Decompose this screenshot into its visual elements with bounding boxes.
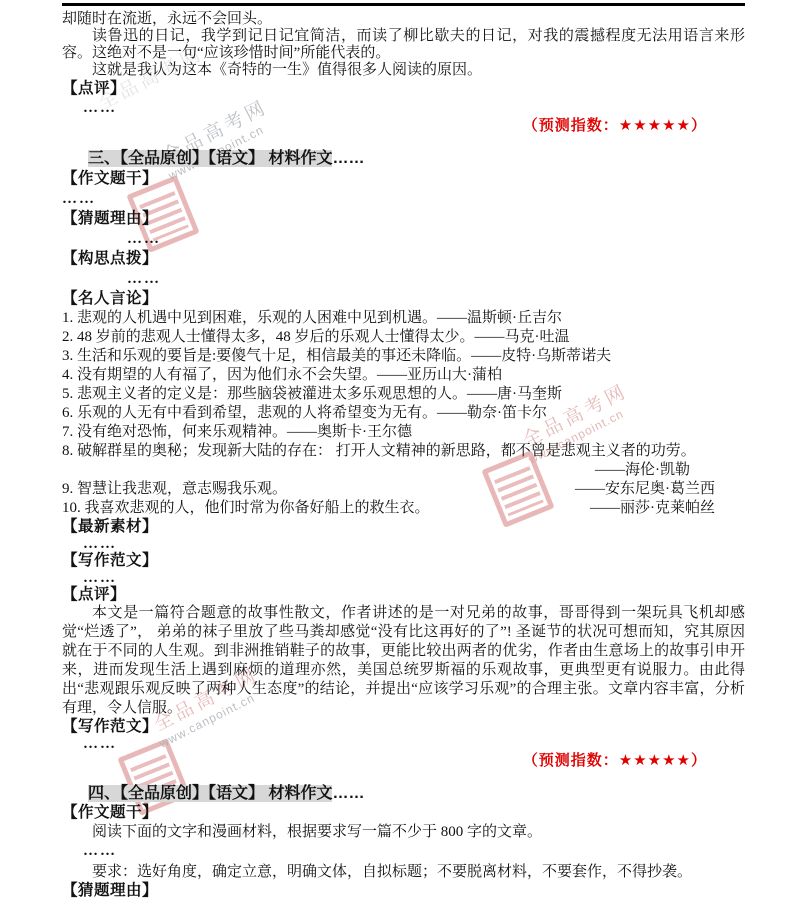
quote-author: ——马克·吐温 [475, 329, 570, 345]
quote-author: ——奥斯卡·王尔德 [287, 424, 412, 440]
quote-text: 9. 智慧让我悲观，意志赐我乐观。 [62, 480, 287, 499]
ellipsis-placeholder: …… [62, 736, 745, 752]
quote-author: ——勒奈·笛卡尔 [437, 405, 547, 421]
ellipsis-placeholder: …… [62, 536, 745, 552]
sample-essay-header: 【写作范文】 [62, 718, 745, 736]
quote-item: 3. 生活和乐观的要旨是:要傻气十足，相信最美的事还未降临。——皮特·乌斯蒂诺夫 [62, 347, 745, 366]
comment-header: 【点评】 [62, 586, 745, 604]
spacer [62, 135, 745, 149]
prompt-paragraph: 阅读下面的文字和漫画材料，根据要求写一篇不少于 800 字的文章。 [62, 822, 745, 842]
essay-prompt-header: 【作文题干】 [62, 169, 745, 189]
quote-text: 8. 破解群星的奥秘；发现新大陆的存在： 打开人文精神的新思路，都不曾是悲观主义… [62, 443, 696, 459]
section-title-4: 四、【全品原创】【语文】 材料作文…… [88, 784, 745, 804]
quote-author: ——亚历山大·蒲柏 [377, 367, 502, 383]
intro-paragraph: 读鲁迅的日记，我学到记日记宜简洁，而读了柳比歇夫的日记，对我的震撼程度无法用语言… [62, 28, 745, 62]
ellipsis-placeholder: …… [62, 99, 745, 117]
essay-prompt-header: 【作文题干】 [62, 804, 745, 822]
quote-text: 1. 悲观的人机遇中见到困难，乐观的人困难中见到机遇。 [62, 310, 437, 326]
quote-item: 10. 我喜欢悲观的人，他们时常为你备好船上的救生衣。——丽莎·克莱帕丝 [62, 499, 745, 518]
quote-text: 5. 悲观主义者的定义是：那些脑袋被灌进太多乐观思想的人。 [62, 386, 467, 402]
carryover-line: 却随时在流逝，永远不会回头。 [62, 11, 745, 28]
quote-item: 7. 没有绝对恐怖，何来乐观精神。——奥斯卡·王尔德 [62, 423, 745, 442]
ellipsis-placeholder: …… [62, 570, 745, 586]
quotes-header: 【名人言论】 [62, 289, 745, 309]
sample-essay-header: 【写作范文】 [62, 552, 745, 570]
quote-item: 4. 没有期望的人有福了，因为他们永不会失望。——亚历山大·蒲柏 [62, 366, 745, 385]
quote-text: 4. 没有期望的人有福了，因为他们永不会失望。 [62, 367, 377, 383]
intro-paragraph: 这就是我认为这本《奇特的一生》值得很多人阅读的原因。 [62, 62, 745, 79]
quote-author: ——皮特·乌斯蒂诺夫 [471, 348, 611, 364]
ellipsis-placeholder: …… [62, 269, 745, 289]
quote-text: 6. 乐观的人无有中看到希望，悲观的人将希望变为无有。 [62, 405, 437, 421]
quote-text: 3. 生活和乐观的要旨是:要傻气十足，相信最美的事还未降临。 [62, 348, 471, 364]
section-title-highlight: 四、【全品原创】【语文】 材料作文 [88, 785, 332, 802]
reason-header: 【猜题理由】 [62, 209, 745, 229]
latest-material-header: 【最新素材】 [62, 518, 745, 536]
intro-block: 却随时在流逝，永远不会回头。 读鲁迅的日记，我学到记日记宜简洁，而读了柳比歇夫的… [62, 11, 745, 79]
section-title-3: 三、【全品原创】【语文】 材料作文…… [88, 149, 745, 169]
outline-header: 【构思点拨】 [62, 249, 745, 269]
page-top-rule [62, 3, 745, 6]
quote-text: 7. 没有绝对恐怖，何来乐观精神。 [62, 424, 287, 440]
quote-author: ——唐·马奎斯 [467, 386, 562, 402]
quote-item: 5. 悲观主义者的定义是：那些脑袋被灌进太多乐观思想的人。——唐·马奎斯 [62, 385, 745, 404]
quote-author: ——丽莎·克莱帕丝 [590, 499, 745, 518]
section-title-highlight: 三、【全品原创】【语文】 材料作文 [88, 150, 332, 167]
ellipsis-placeholder: …… [62, 842, 745, 860]
reason-header: 【猜题理由】 [62, 882, 745, 900]
quote-author: ——安东尼奥·葛兰西 [575, 480, 745, 499]
requirements-paragraph: 要求：选好角度，确定立意，明确文体，自拟标题；不要脱离材料，不要套作，不得抄袭。 [62, 862, 745, 882]
quote-author: ——海伦·凯勒 [62, 461, 745, 480]
ellipsis-placeholder: …… [62, 189, 745, 209]
famous-quotes-list: 1. 悲观的人机遇中见到困难，乐观的人困难中见到机遇。——温斯顿·丘吉尔 2. … [62, 309, 745, 518]
document-content: 却随时在流逝，永远不会回头。 读鲁迅的日记，我学到记日记宜简洁，而读了柳比歇夫的… [0, 3, 794, 900]
ellipsis-placeholder: …… [62, 229, 745, 249]
comment-header: 【点评】 [62, 79, 745, 99]
spacer [62, 770, 745, 784]
quote-text: 10. 我喜欢悲观的人，他们时常为你备好船上的救生衣。 [62, 499, 430, 518]
comment-paragraph: 本文是一篇符合题意的故事性散文，作者讲述的是一对兄弟的故事，哥哥得到一架玩具飞机… [62, 604, 745, 718]
section-title-tail: …… [332, 150, 364, 167]
quote-author: ——温斯顿·丘吉尔 [437, 310, 562, 326]
document-page: 全品高考网 全品高考网 www.canpoint.cn 全品高考网 www.ca… [0, 0, 794, 909]
quote-item: 2. 48 岁前的悲观人士懂得太多，48 岁后的乐观人士懂得太少。——马克·吐温 [62, 328, 745, 347]
quote-item: 1. 悲观的人机遇中见到困难，乐观的人困难中见到机遇。——温斯顿·丘吉尔 [62, 309, 745, 328]
quote-text: 2. 48 岁前的悲观人士懂得太多，48 岁后的乐观人士懂得太少。 [62, 329, 475, 345]
prediction-index: （预测指数：★★★★★） [62, 117, 745, 135]
prediction-index: （预测指数：★★★★★） [62, 752, 745, 770]
section-title-tail: …… [332, 785, 364, 802]
quote-item: 8. 破解群星的奥秘；发现新大陆的存在： 打开人文精神的新思路，都不曾是悲观主义… [62, 442, 745, 461]
quote-item: 9. 智慧让我悲观，意志赐我乐观。——安东尼奥·葛兰西 [62, 480, 745, 499]
quote-item: 6. 乐观的人无有中看到希望，悲观的人将希望变为无有。——勒奈·笛卡尔 [62, 404, 745, 423]
